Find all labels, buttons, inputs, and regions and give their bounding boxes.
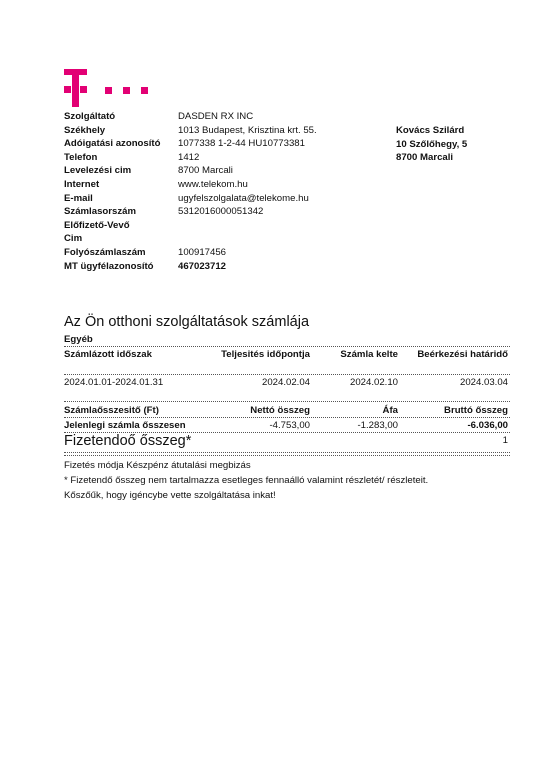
info-row: E-mailugyfelszolgalata@telekome.hu bbox=[64, 192, 317, 206]
telekom-logo bbox=[64, 69, 148, 107]
info-value: 1412 bbox=[178, 151, 199, 165]
info-label: Adóigatási azonosító bbox=[64, 137, 178, 151]
logo-dot bbox=[64, 86, 71, 93]
invoice-category: Egyéb bbox=[64, 334, 93, 345]
info-value: www.telekom.hu bbox=[178, 178, 248, 192]
info-value: 1077338 1-2-44 HU10773381 bbox=[178, 137, 305, 151]
customer-street: 10 Szőlőhegy, 5 bbox=[396, 138, 467, 152]
payment-method-note: Fizetés módja Készpénz átutalási megbizá… bbox=[64, 458, 428, 473]
customer-address: Kovács Szilárd 10 Szőlőhegy, 5 8700 Marc… bbox=[396, 124, 467, 165]
provider-info: SzolgáltatóDASDEN RX INCSzékhely1013 Bud… bbox=[64, 110, 317, 273]
period-header: Számlázott időszak bbox=[64, 349, 152, 360]
summary-row-label: Jelenlegi számla ősszesen bbox=[64, 420, 186, 431]
vat-amount: -1.283,00 bbox=[318, 420, 398, 431]
info-row: Folyószámlaszám100917456 bbox=[64, 246, 317, 260]
customer-city: 8700 Marcali bbox=[396, 151, 467, 165]
gross-amount: -6.036,00 bbox=[404, 420, 508, 431]
summary-header: Bruttó ősszeg bbox=[404, 405, 508, 416]
invoice-date: 2024.02.10 bbox=[318, 377, 398, 388]
info-row: Telefon1412 bbox=[64, 151, 317, 165]
info-row: Számlasorszám5312016000051342 bbox=[64, 205, 317, 219]
invoice-title: Az Ön otthoni szolgáltatások számlája bbox=[64, 314, 309, 330]
period-header: Beérkezési határidő bbox=[404, 349, 508, 360]
due-date: 2024.03.04 bbox=[404, 377, 508, 388]
info-label: Internet bbox=[64, 178, 178, 192]
summary-header: Számlaősszesitő (Ft) bbox=[64, 405, 159, 416]
info-row: Előfizető-Vevő bbox=[64, 219, 317, 233]
thank-you-note: Kőszőűk, hogy igéncybe vette szolgáltatá… bbox=[64, 488, 428, 503]
period-header: Számla kelte bbox=[318, 349, 398, 360]
info-value: 1013 Budapest, Krisztina krt. 55. bbox=[178, 124, 317, 138]
info-value: 5312016000051342 bbox=[178, 205, 263, 219]
info-value: 467023712 bbox=[178, 260, 226, 274]
info-value: 100917456 bbox=[178, 246, 226, 260]
info-label: Cim bbox=[64, 232, 178, 246]
period-header: Teljesités időpontja bbox=[200, 349, 310, 360]
logo-dot bbox=[80, 86, 87, 93]
logo-dot bbox=[141, 87, 148, 94]
info-row: Székhely1013 Budapest, Krisztina krt. 55… bbox=[64, 124, 317, 138]
summary-header: Áfa bbox=[318, 405, 398, 416]
payable-value: 1 bbox=[490, 435, 508, 446]
logo-dot bbox=[105, 87, 112, 94]
info-value: DASDEN RX INC bbox=[178, 110, 253, 124]
customer-name: Kovács Szilárd bbox=[396, 124, 467, 138]
info-label: Telefon bbox=[64, 151, 178, 165]
info-label: E-mail bbox=[64, 192, 178, 206]
performance-date: 2024.02.04 bbox=[200, 377, 310, 388]
billing-period: 2024.01.01-2024.01.31 bbox=[64, 377, 163, 388]
info-row: SzolgáltatóDASDEN RX INC bbox=[64, 110, 317, 124]
info-label: Székhely bbox=[64, 124, 178, 138]
net-amount: -4.753,00 bbox=[200, 420, 310, 431]
info-row: MT ügyfélazonosító467023712 bbox=[64, 260, 317, 274]
info-label: MT ügyfélazonosító bbox=[64, 260, 178, 274]
info-label: Számlasorszám bbox=[64, 205, 178, 219]
payable-label: Fizetendoő ősszeg* bbox=[64, 433, 191, 449]
info-value: ugyfelszolgalata@telekome.hu bbox=[178, 192, 309, 206]
logo-dot bbox=[123, 87, 130, 94]
info-value: 8700 Marcali bbox=[178, 164, 233, 178]
payable-footnote: * Fizetendő ősszeg nem tartalmazza esetl… bbox=[64, 473, 428, 488]
info-row: Adóigatási azonosító1077338 1-2-44 HU107… bbox=[64, 137, 317, 151]
info-label: Folyószámlaszám bbox=[64, 246, 178, 260]
info-label: Előfizető-Vevő bbox=[64, 219, 178, 233]
summary-header-net: Nettó összeg bbox=[200, 405, 310, 416]
info-row: Cim bbox=[64, 232, 317, 246]
info-row: Internetwww.telekom.hu bbox=[64, 178, 317, 192]
invoice-notes: Fizetés módja Készpénz átutalási megbizá… bbox=[64, 458, 428, 503]
info-row: Levelezési cim8700 Marcali bbox=[64, 164, 317, 178]
info-label: Levelezési cim bbox=[64, 164, 178, 178]
info-label: Szolgáltató bbox=[64, 110, 178, 124]
